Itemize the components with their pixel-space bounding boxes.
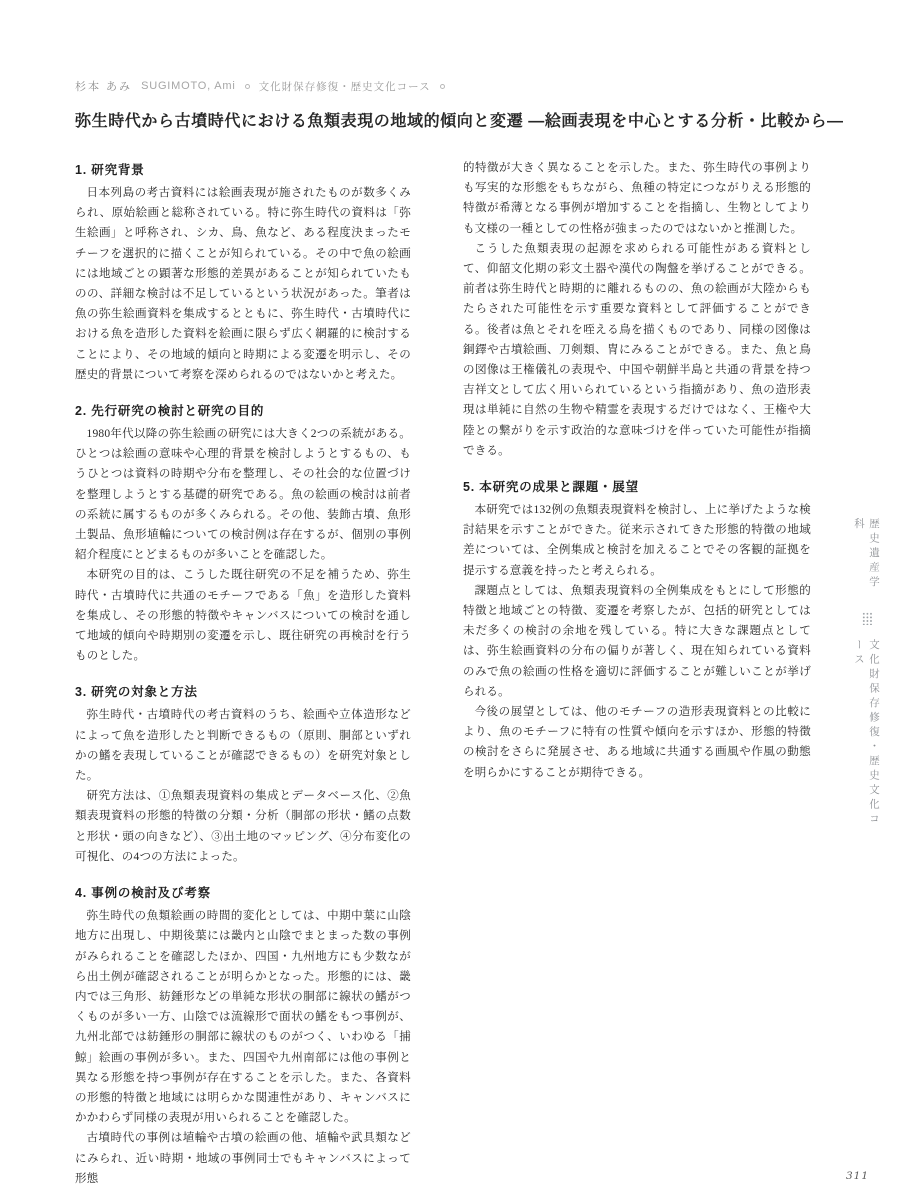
content-right-column: 的特徴が大きく異なることを示した。また、弥生時代の事例よりも写実的な形態をもちな… [463,158,811,783]
content-left-column: 1. 研究背景日本列島の考古資料には絵画表現が施されたものが数多くみられ、原始絵… [75,158,411,1189]
author-romaji: SUGIMOTO, Ami [141,80,236,92]
course-vertical-label: 文化財保存修復・歴史文化コース [852,639,882,838]
article-body: 1. 研究背景日本列島の考古資料には絵画表現が施されたものが数多くみられ、原始絵… [75,158,811,1189]
paper-page: 杉本 あみ SUGIMOTO, Ami 文化財保存修復・歴史文化コース 弥生時代… [0,0,900,1200]
dots-separator-icon [862,612,873,625]
paragraph: 研究方法は、①魚類表現資料の集成とデータベース化、②魚類表現資料の形態的特徴の分… [75,786,411,867]
affiliation-label: 文化財保存修復・歴史文化コース [259,79,431,94]
paragraph: 今後の展望としては、他のモチーフの造形表現資料との比較により、魚のモチーフに特有… [463,702,811,783]
section-heading: 2. 先行研究の検討と研究の目的 [75,401,411,421]
paragraph: 弥生時代・古墳時代の考古資料のうち、絵画や立体造形などによって魚を造形したと判断… [75,705,411,786]
author-name: 杉本 あみ [75,78,132,94]
paragraph: 本研究の目的は、こうした既往研究の不足を補うため、弥生時代・古墳時代に共通のモチ… [75,565,411,666]
paragraph: 課題点としては、魚類表現資料の全例集成をもとにして形態的特徴と地域ごとの特徴、変… [463,581,811,702]
page-number: 311 [846,1170,869,1182]
paragraph: こうした魚類表現の起源を求められる可能性がある資料として、仰韶文化期の彩文土器や… [463,239,811,461]
department-vertical-label: 歴史遺産学科 [852,518,882,598]
section-heading: 1. 研究背景 [75,160,411,180]
paragraph: 古墳時代の事例は埴輪や古墳の絵画の他、埴輪や武具類などにみられ、近い時期・地域の… [75,1128,411,1189]
paragraph: 1980年代以降の弥生絵画の研究には大きく2つの系統がある。ひとつは絵画の意味や… [75,424,411,565]
section-heading: 3. 研究の対象と方法 [75,682,411,702]
decorative-circle-icon [440,84,445,89]
paragraph: 日本列島の考古資料には絵画表現が施されたものが数多くみられ、原始絵画と総称されて… [75,183,411,385]
decorative-circle-icon [245,84,250,89]
section-heading: 5. 本研究の成果と課題・展望 [463,477,811,497]
section-heading: 4. 事例の検討及び考察 [75,883,411,903]
paragraph: 本研究では132例の魚類表現資料を検討し、上に挙げたような検討結果を示すことがで… [463,500,811,581]
edge-vertical-label: 歴史遺産学科 文化財保存修復・歴史文化コース [852,518,882,838]
author-line: 杉本 あみ SUGIMOTO, Ami 文化財保存修復・歴史文化コース [75,78,445,94]
paper-title: 弥生時代から古墳時代における魚類表現の地域的傾向と変遷 ―絵画表現を中心とする分… [75,108,844,131]
paragraph: 的特徴が大きく異なることを示した。また、弥生時代の事例よりも写実的な形態をもちな… [463,158,811,239]
paragraph: 弥生時代の魚類絵画の時間的変化としては、中期中葉に山陰地方に出現し、中期後葉には… [75,906,411,1128]
